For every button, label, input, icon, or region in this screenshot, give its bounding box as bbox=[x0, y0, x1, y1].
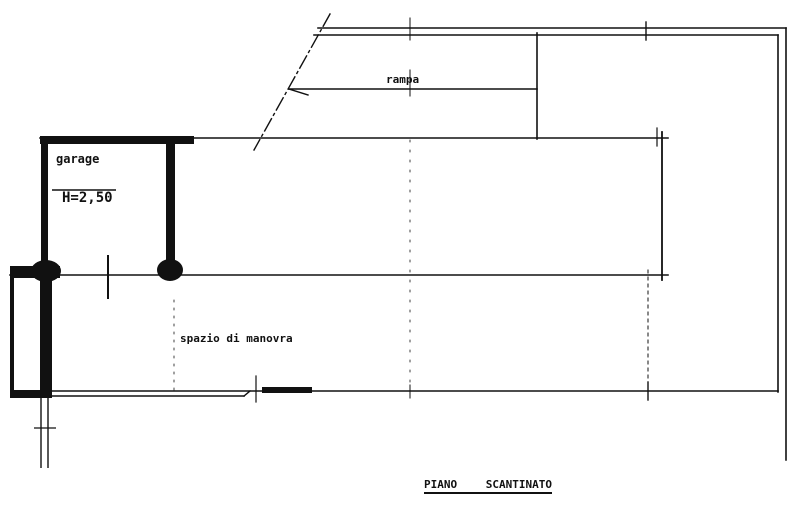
ramp-top-wall bbox=[314, 18, 786, 40]
ramp-edge-line bbox=[254, 14, 330, 150]
ramp-label: rampa bbox=[386, 73, 419, 86]
ramp-direction-arrow bbox=[289, 33, 537, 139]
maneuver-space-label: spazio di manovra bbox=[180, 332, 293, 345]
right-outer-wall bbox=[778, 28, 786, 460]
drawing-title: PIANO SCANTINATO bbox=[424, 478, 552, 494]
garage-height-label: H=2,50 bbox=[62, 190, 113, 206]
garage-label: garage bbox=[56, 152, 99, 166]
garage-walls bbox=[10, 136, 194, 398]
